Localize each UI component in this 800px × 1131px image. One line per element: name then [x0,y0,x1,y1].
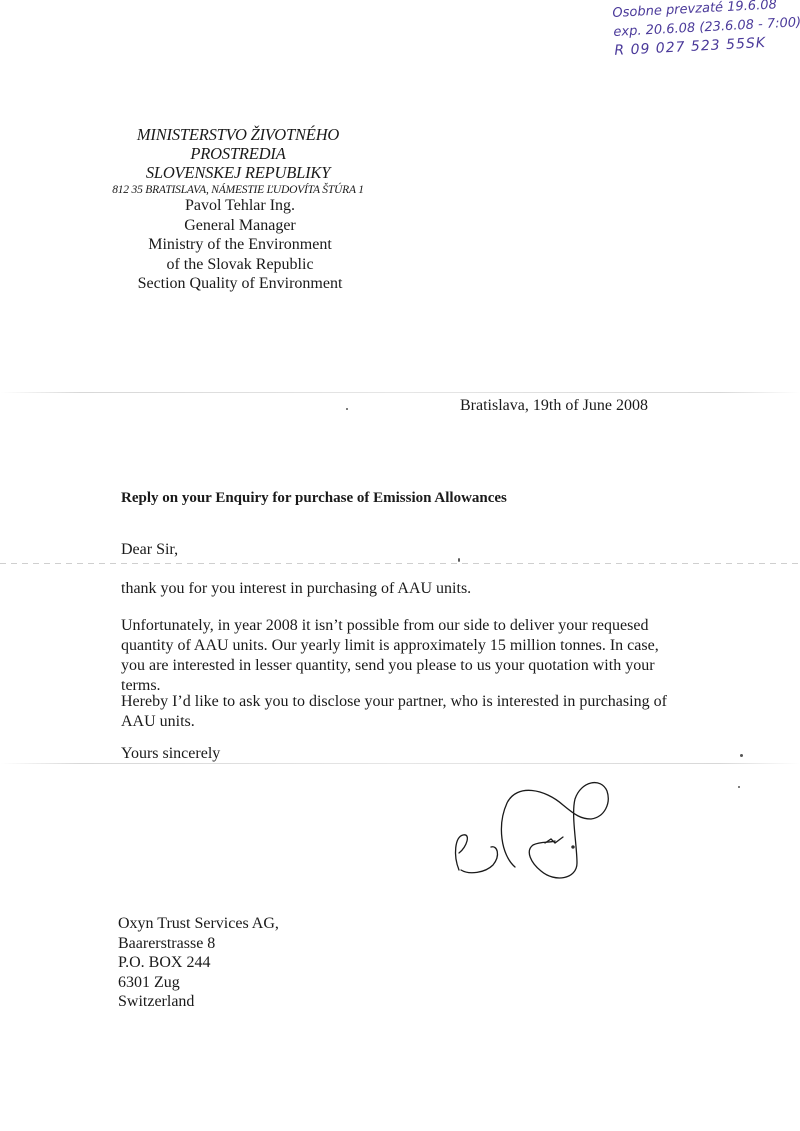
scan-speck [740,754,743,757]
closing: Yours sincerely [121,745,220,763]
sender-org: Ministry of the Environment [120,235,360,255]
paragraph-partner: Hereby I’d like to ask you to disclose y… [121,692,681,732]
subject-line: Reply on your Enquiry for purchase of Em… [121,490,507,507]
letterhead-name: MINISTERSTVO ŽIVOTNÉHO PROSTREDIA [88,125,388,163]
paragraph-line: AAU units. [121,712,681,732]
letterhead: MINISTERSTVO ŽIVOTNÉHO PROSTREDIA SLOVEN… [88,125,388,199]
sender-title: General Manager [120,216,360,236]
scan-speck [346,408,348,410]
signature-icon [445,775,620,890]
recipient-city: 6301 Zug [118,973,279,993]
scan-speck [458,558,460,562]
recipient-country: Switzerland [118,992,279,1012]
paragraph-thanks: thank you for you interest in purchasing… [121,579,681,599]
paragraph-line: quantity of AAU units. Our yearly limit … [121,636,681,656]
salutation: Dear Sir, [121,541,178,559]
date-line: Bratislava, 19th of June 2008 [460,397,648,415]
scan-fold-line [0,763,800,764]
recipient-address: Oxyn Trust Services AG, Baarerstrasse 8 … [118,914,279,1012]
paragraph-limit: Unfortunately, in year 2008 it isn’t pos… [121,616,681,696]
scan-speck [738,786,740,788]
paragraph-line: Hereby I’d like to ask you to disclose y… [121,692,681,712]
paragraph-line: you are interested in lesser quantity, s… [121,656,681,676]
scan-fold-line [0,392,800,393]
letterhead-name: SLOVENSKEJ REPUBLIKY [88,163,388,182]
sender-name: Pavol Tehlar Ing. [120,196,360,216]
sender-section: Section Quality of Environment [120,274,360,294]
sender-block: Pavol Tehlar Ing. General Manager Minist… [120,196,360,294]
scan-fold-line [0,563,800,564]
recipient-pobox: P.O. BOX 244 [118,953,279,973]
handwritten-receipt-stamp: Osobne prevzaté 19.6.08 exp. 20.6.08 (23… [612,0,800,61]
recipient-company: Oxyn Trust Services AG, [118,914,279,934]
recipient-street: Baarerstrasse 8 [118,934,279,954]
sender-org: of the Slovak Republic [120,255,360,275]
paragraph-line: Unfortunately, in year 2008 it isn’t pos… [121,616,681,636]
